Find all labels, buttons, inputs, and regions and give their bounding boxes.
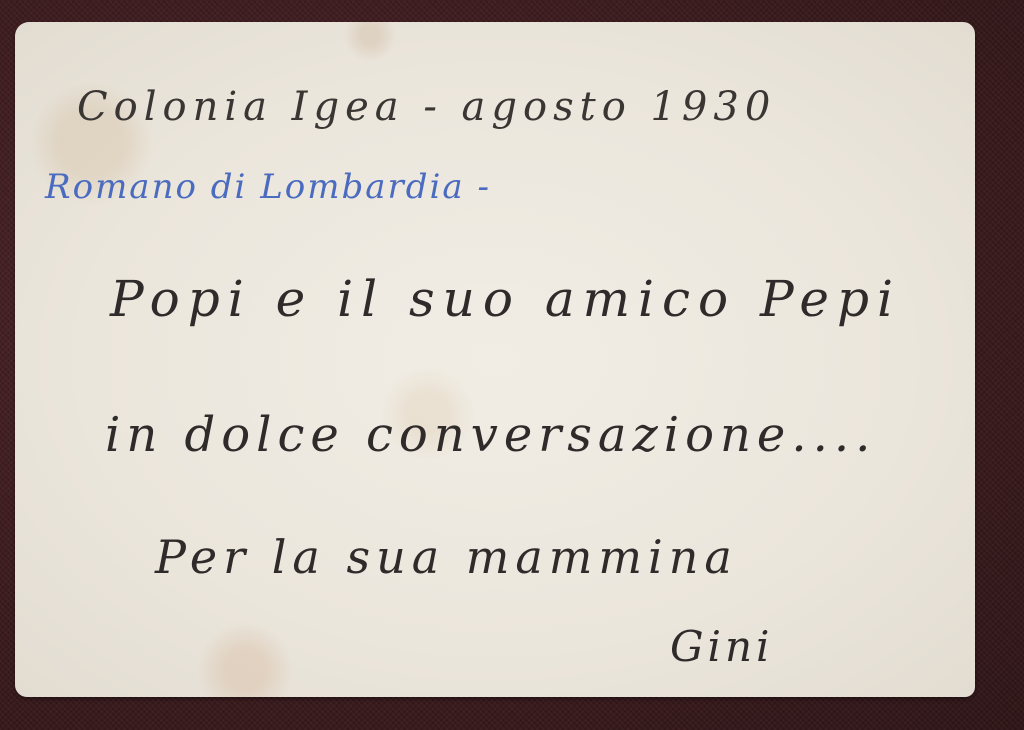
- message-line-2: in dolce conversazione....: [105, 407, 876, 463]
- dedication-line: Per la sua mammina: [155, 530, 738, 584]
- signature: Gini: [670, 622, 773, 671]
- heading-place-date: Colonia Igea - agosto 1930: [77, 84, 776, 130]
- handwritten-card: Colonia Igea - agosto 1930 Romano di Lom…: [15, 22, 975, 697]
- message-line-1: Popi e il suo amico Pepi: [110, 270, 901, 328]
- heading-location-blue: Romano di Lombardia -: [45, 167, 491, 207]
